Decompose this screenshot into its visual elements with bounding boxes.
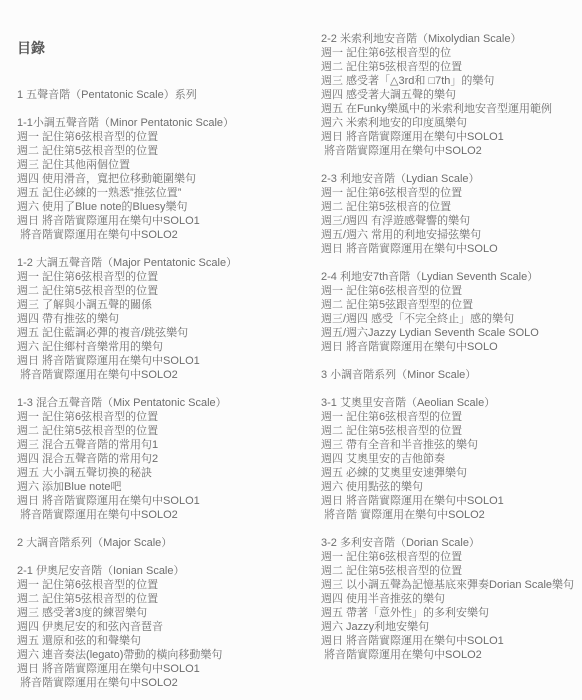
toc-line: 週二 記住第5弦根音型的位置 <box>17 284 304 298</box>
toc-line: 週四 使用滑音，寬把位移動範圍樂句 <box>17 172 304 186</box>
toc-line: 週六 使用了Blue note的Bluesy樂句 <box>17 200 304 214</box>
toc-line: 將音階實際運用在樂句中SOLO2 <box>17 676 304 690</box>
toc-line: 週五/週六 常用的利地安掃弦樂句 <box>321 228 576 242</box>
toc-line: 將音階實際運用在樂句中SOLO2 <box>17 228 304 242</box>
toc-line: 週五 記住必練的一熟悉”推弦位置” <box>17 186 304 200</box>
toc-line: 2-2 米索利地安音階（Mixolydian Scale） <box>321 32 576 46</box>
toc-line: 1-3 混合五聲音階（Mix Pentatonic Scale） <box>17 396 304 410</box>
toc-line: 將音階實際運用在樂句中SOLO2 <box>321 648 576 662</box>
toc-line: 3-2 多利安音階（Dorian Scale） <box>321 536 576 550</box>
toc-paragraph: 3-2 多利安音階（Dorian Scale）週一 記住第6弦根音型的位置週二 … <box>321 536 576 662</box>
toc-line: 週五 必練的艾奧里安速彈樂句 <box>321 466 576 480</box>
toc-line: 將音階實際運用在樂句中SOLO2 <box>17 368 304 382</box>
toc-line: 週一 記住第6弦根音型的位 <box>321 46 576 60</box>
toc-paragraph: 1 五聲音階（Pentatonic Scale）系列 <box>17 88 304 102</box>
toc-line: 週五 記住藍調必彈的複音/跳弦樂句 <box>17 326 304 340</box>
toc-line: 週三 記住其他兩個位置 <box>17 158 304 172</box>
toc-line: 週日 將音階實際運用在樂句中SOLO1 <box>321 494 576 508</box>
toc-line: 週四 帶有推弦的樂句 <box>17 312 304 326</box>
toc-paragraph: 3-1 艾奧里安音階（Aeolian Scale）週一 記住第6弦根音型的位置週… <box>321 396 576 522</box>
toc-title: 目錄 <box>17 39 304 57</box>
toc-line: 週一 記住第6弦根音型的位置 <box>321 410 576 424</box>
toc-line: 週五/週六Jazzy Lydian Seventh Scale SOLO <box>321 326 576 340</box>
toc-paragraph: 2-4 利地安7th音階（Lydian Seventh Scale）週一 記住第… <box>321 270 576 354</box>
toc-line: 週五 大小調五聲切換的秘訣 <box>17 466 304 480</box>
toc-line: 週日 將音階實際運用在樂句中SOLO1 <box>17 662 304 676</box>
toc-paragraph: 3 小調音階系列（Minor Scale） <box>321 368 576 382</box>
toc-line: 2 大調音階系列（Major Scale） <box>17 536 304 550</box>
toc-line: 週日 將音階實際運用在樂句中SOLO1 <box>17 494 304 508</box>
toc-line: 週六 Jazzy利地安樂句 <box>321 620 576 634</box>
toc-line: 2-1 伊奧尼安音階（Ionian Scale） <box>17 564 304 578</box>
toc-line: 2-4 利地安7th音階（Lydian Seventh Scale） <box>321 270 576 284</box>
toc-line: 週三/週四 有浮遊感聲響的樂句 <box>321 214 576 228</box>
toc-line: 週二 記住第5弦跟音型型的位置 <box>321 298 576 312</box>
toc-line: 週五 還原和弦的和聲樂句 <box>17 634 304 648</box>
toc-line: 週四 艾奧里安的吉他節奏 <box>321 452 576 466</box>
toc-line: 將音階實際運用在樂句中SOLO2 <box>17 508 304 522</box>
toc-line: 週一 記住第6弦根音型的位置 <box>17 410 304 424</box>
toc-paragraph: 2-3 利地安音階（Lydian Scale）週一 記住第6弦根音型的位置週二 … <box>321 172 576 256</box>
toc-line: 週日 將音階實際運用在樂句中SOLO <box>321 242 576 256</box>
toc-line: 1-1小調五聲音階（Minor Pentatonic Scale） <box>17 116 304 130</box>
toc-line: 1-2 大調五聲音階（Major Pentatonic Scale） <box>17 256 304 270</box>
toc-line: 週三 感受著「△3rd和 □7th」的樂句 <box>321 74 576 88</box>
toc-line: 週二 記住第5弦根音型的位置 <box>17 592 304 606</box>
toc-line: 2-3 利地安音階（Lydian Scale） <box>321 172 576 186</box>
toc-line: 週日 將音階實際運用在樂句中SOLO1 <box>17 354 304 368</box>
toc-line: 週六 連音奏法(legato)帶動的橫向移動樂句 <box>17 648 304 662</box>
toc-line: 週日 將音階實際運用在樂句中SOLO1 <box>17 214 304 228</box>
toc-line: 週一 記住第6弦根音型的位置 <box>321 550 576 564</box>
toc-line: 週三 以小調五聲為記憶基底來彈奏Dorian Scale樂句 <box>321 578 576 592</box>
toc-line: 週三 混合五聲音階的常用句1 <box>17 438 304 452</box>
toc-line: 週四 伊奧尼安的和弦內音琶音 <box>17 620 304 634</box>
toc-line: 1 五聲音階（Pentatonic Scale）系列 <box>17 88 304 102</box>
toc-line: 週一 記住第6弦根音型的位置 <box>17 270 304 284</box>
toc-line: 週六 使用點弦的樂句 <box>321 480 576 494</box>
toc-line: 週五 帶著「意外性」的多利安樂句 <box>321 606 576 620</box>
toc-line: 週六 記住鄉村音樂常用的樂句 <box>17 340 304 354</box>
toc-line: 週二 記住第5弦根音型的位置 <box>17 424 304 438</box>
toc-line: 週一 記住第6弦根音型的位置 <box>17 130 304 144</box>
toc-paragraph: 1-2 大調五聲音階（Major Pentatonic Scale）週一 記住第… <box>17 256 304 382</box>
toc-line: 週四 使用半音推弦的樂句 <box>321 592 576 606</box>
toc-line: 週一 記住第6弦根音型的位置 <box>17 578 304 592</box>
toc-line: 週三 了解與小調五聲的關係 <box>17 298 304 312</box>
toc-line: 週四 混合五聲音階的常用句2 <box>17 452 304 466</box>
toc-line: 3 小調音階系列（Minor Scale） <box>321 368 576 382</box>
toc-line: 週二 記住第5弦根音型的位置 <box>321 424 576 438</box>
toc-line: 週日 將音階實際運用在樂句中SOLO1 <box>321 634 576 648</box>
toc-line: 週二 記住第5弦根音的位置 <box>321 200 576 214</box>
toc-line: 週日 將音階實際運用在樂句中SOLO <box>321 340 576 354</box>
toc-line: 週二 記住第5弦根音型的位置 <box>17 144 304 158</box>
toc-paragraph: 2 大調音階系列（Major Scale） <box>17 536 304 550</box>
toc-line: 週二 記住第5弦根音型的位置 <box>321 564 576 578</box>
toc-line: 週六 米索利地安的印度風樂句 <box>321 116 576 130</box>
toc-line: 週三 感受著3度的練習樂句 <box>17 606 304 620</box>
toc-line: 週二 記住第5弦根音型的位置 <box>321 60 576 74</box>
toc-paragraph: 1-1小調五聲音階（Minor Pentatonic Scale）週一 記住第6… <box>17 116 304 242</box>
toc-page: 目錄 1 五聲音階（Pentatonic Scale）系列1-1小調五聲音階（M… <box>0 0 582 700</box>
toc-line: 週一 記住第6弦根音型的位置 <box>321 284 576 298</box>
toc-line: 週日 將音階實際運用在樂句中SOLO1 <box>321 130 576 144</box>
toc-column-right: 2-2 米索利地安音階（Mixolydian Scale）週一 記住第6弦根音型… <box>321 32 576 700</box>
toc-line: 週三 帶有全音和半音推弦的樂句 <box>321 438 576 452</box>
toc-line: 將音階 實際運用在樂句中SOLO2 <box>321 508 576 522</box>
toc-line: 週五 在Funky樂風中的米索利地安音型運用範例 <box>321 102 576 116</box>
toc-line: 週六 添加Blue note吧 <box>17 480 304 494</box>
toc-line: 週一 記住第6弦根音型的位置 <box>321 186 576 200</box>
toc-paragraph: 2-2 米索利地安音階（Mixolydian Scale）週一 記住第6弦根音型… <box>321 32 576 158</box>
toc-line: 週四 感受著大調五聲的樂句 <box>321 88 576 102</box>
toc-paragraph: 2-1 伊奧尼安音階（Ionian Scale）週一 記住第6弦根音型的位置週二… <box>17 564 304 690</box>
toc-line: 3-1 艾奧里安音階（Aeolian Scale） <box>321 396 576 410</box>
toc-line: 將音階實際運用在樂句中SOLO2 <box>321 144 576 158</box>
toc-paragraph: 1-3 混合五聲音階（Mix Pentatonic Scale）週一 記住第6弦… <box>17 396 304 522</box>
toc-line: 週三/週四 感受「不完全終止」感的樂句 <box>321 312 576 326</box>
toc-column-left: 目錄 1 五聲音階（Pentatonic Scale）系列1-1小調五聲音階（M… <box>17 11 304 700</box>
